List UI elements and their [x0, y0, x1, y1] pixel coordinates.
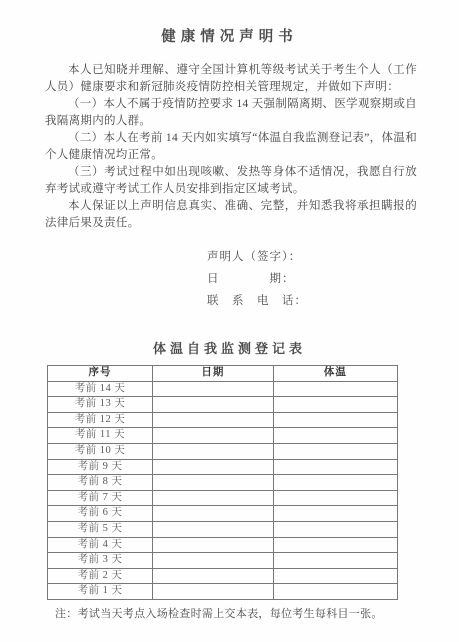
temperature-cell	[273, 428, 397, 444]
date-cell	[153, 397, 274, 413]
table-row: 考前 1 天	[48, 584, 398, 600]
signature-block: 声明人（签字）： 日 期： 联 系 电 话：	[207, 246, 459, 312]
temperature-table: 序号 日期 体温 考前 14 天 考前 13 天 考前 12 天 考前 11 天	[47, 365, 398, 600]
date-cell	[153, 381, 274, 397]
table-row: 考前 11 天	[48, 428, 398, 444]
row-label-cell: 考前 4 天	[48, 537, 153, 553]
row-label-cell: 考前 3 天	[48, 553, 153, 569]
temperature-cell	[273, 537, 397, 553]
table-row: 考前 9 天	[48, 459, 398, 475]
temperature-cell	[273, 568, 397, 584]
date-cell	[153, 584, 274, 600]
row-label-cell: 考前 13 天	[48, 397, 153, 413]
row-label-cell: 考前 7 天	[48, 490, 153, 506]
date-cell	[153, 443, 274, 459]
date-cell	[153, 521, 274, 537]
date-cell	[153, 537, 274, 553]
table-row: 考前 2 天	[48, 568, 398, 584]
table-row: 考前 14 天	[48, 381, 398, 397]
temperature-cell	[273, 475, 397, 491]
footer-note: 注：考试当天考点入场检查时需上交本表，每位考生每科目一张。	[55, 605, 459, 621]
declaration-document-page: 健康情况声明书 本人已知晓并理解、遵守全国计算机等级考试关于考生个人（工作人员）…	[0, 0, 459, 642]
temperature-cell	[273, 397, 397, 413]
temperature-cell	[273, 381, 397, 397]
paragraph-item-2: （二）本人在考前 14 天内如实填写“体温自我监测登记表”，体温和个人健康情况均…	[45, 130, 417, 164]
row-label-cell: 考前 1 天	[48, 584, 153, 600]
row-label-cell: 考前 8 天	[48, 475, 153, 491]
date-cell	[153, 428, 274, 444]
date-cell	[153, 475, 274, 491]
table-row: 考前 13 天	[48, 397, 398, 413]
row-label-cell: 考前 9 天	[48, 459, 153, 475]
table-row: 考前 12 天	[48, 412, 398, 428]
temperature-cell	[273, 521, 397, 537]
paragraph-pledge: 本人保证以上声明信息真实、准确、完整，并知悉我将承担瞒报的法律后果及责任。	[45, 198, 417, 232]
row-label-cell: 考前 6 天	[48, 506, 153, 522]
header-serial: 序号	[48, 366, 153, 382]
row-label-cell: 考前 5 天	[48, 521, 153, 537]
document-title: 健康情况声明书	[0, 0, 459, 46]
date-cell	[153, 506, 274, 522]
table-row: 考前 10 天	[48, 443, 398, 459]
row-label-cell: 考前 14 天	[48, 381, 153, 397]
date-cell	[153, 412, 274, 428]
row-label-cell: 考前 2 天	[48, 568, 153, 584]
row-label-cell: 考前 11 天	[48, 428, 153, 444]
date-cell	[153, 459, 274, 475]
paragraph-intro: 本人已知晓并理解、遵守全国计算机等级考试关于考生个人（工作人员）健康要求和新冠肺…	[45, 62, 417, 96]
header-temperature: 体温	[273, 366, 397, 382]
header-date: 日期	[153, 366, 274, 382]
temperature-cell	[273, 459, 397, 475]
declaration-body: 本人已知晓并理解、遵守全国计算机等级考试关于考生个人（工作人员）健康要求和新冠肺…	[45, 62, 417, 232]
table-header-row: 序号 日期 体温	[48, 366, 398, 382]
table-row: 考前 6 天	[48, 506, 398, 522]
table-row: 考前 8 天	[48, 475, 398, 491]
temperature-cell	[273, 553, 397, 569]
row-label-cell: 考前 12 天	[48, 412, 153, 428]
temperature-cell	[273, 490, 397, 506]
temperature-table-title: 体温自我监测登记表	[0, 338, 459, 357]
paragraph-item-1: （一）本人不属于疫情防控要求 14 天强制隔离期、医学观察期或自我隔离期内的人群…	[45, 96, 417, 130]
temperature-cell	[273, 412, 397, 428]
paragraph-item-3: （三）考试过程中如出现咳嗽、发热等身体不适情况，我愿自行放弃考试或遵守考试工作人…	[45, 164, 417, 198]
table-row: 考前 4 天	[48, 537, 398, 553]
temperature-cell	[273, 584, 397, 600]
date-label: 日 期：	[207, 268, 459, 290]
date-cell	[153, 553, 274, 569]
phone-label: 联 系 电 话：	[207, 290, 459, 312]
temperature-cell	[273, 506, 397, 522]
signer-label: 声明人（签字）：	[207, 246, 459, 268]
temperature-cell	[273, 443, 397, 459]
date-cell	[153, 568, 274, 584]
row-label-cell: 考前 10 天	[48, 443, 153, 459]
table-row: 考前 7 天	[48, 490, 398, 506]
table-row: 考前 5 天	[48, 521, 398, 537]
date-cell	[153, 490, 274, 506]
table-row: 考前 3 天	[48, 553, 398, 569]
